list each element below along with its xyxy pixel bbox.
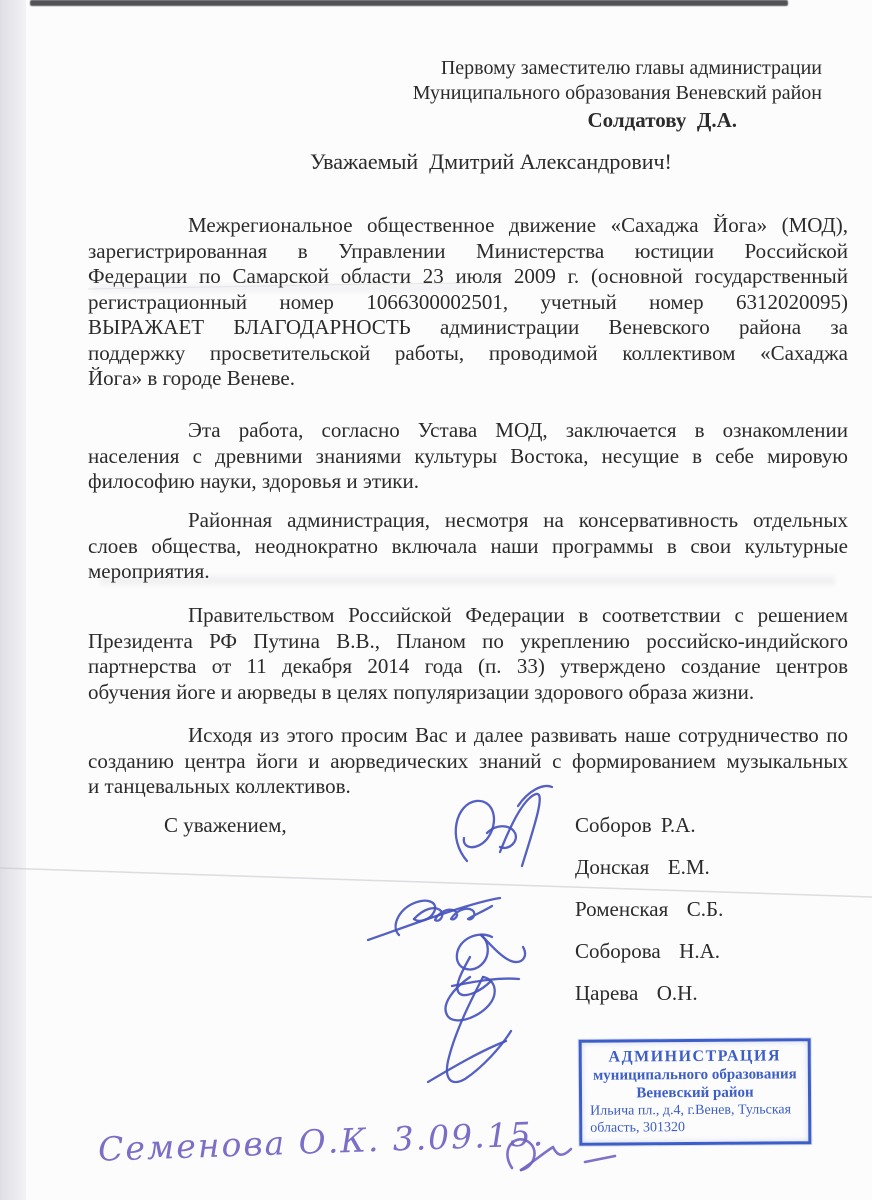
recipient-line: Муниципального образования Веневский рай… xyxy=(302,81,822,106)
body-line: ВЫРАЖАЕТ БЛАГОДАРНОСТЬ администрации Вен… xyxy=(88,315,848,341)
recipient-line: Первому заместителю главы администрации xyxy=(302,56,822,81)
body-line: населения с древними знаниями культуры В… xyxy=(88,444,848,470)
paragraph-5: Исходя из этого просим Вас и далее разви… xyxy=(88,723,848,800)
body-line: Эта работа, согласно Устава МОД, заключа… xyxy=(88,418,848,444)
body-line: Исходя из этого просим Вас и далее разви… xyxy=(88,723,848,749)
signature-stroke-tsareva xyxy=(428,977,511,1082)
recipient-name: Солдатову Д.А. xyxy=(302,108,737,133)
stamp-line: Веневский район xyxy=(590,1083,800,1102)
paragraph-1: Межрегиональное общественное движение «С… xyxy=(88,213,848,392)
paper-crease xyxy=(0,868,872,897)
paragraph-4: Правительством Российской Федерации в со… xyxy=(88,603,848,705)
signature-stroke-soborova xyxy=(452,935,525,995)
closing-phrase: С уважением, xyxy=(164,813,287,838)
body-line: слоев общества, неоднократно включала на… xyxy=(88,534,848,560)
salutation: Уважаемый Дмитрий Александрович! xyxy=(310,149,672,175)
scan-edge-left xyxy=(0,0,26,1200)
body-line: партнерства от 11 декабря 2014 года (п. … xyxy=(88,654,848,680)
signatory-name: Роменская С.Б. xyxy=(575,897,723,922)
recipient-block: Первому заместителю главы администрации … xyxy=(302,56,822,133)
body-line: зарегистрированная в Управлении Министер… xyxy=(88,239,848,265)
handwritten-note: Семенова О.К. 3.09.15. xyxy=(97,1114,545,1169)
stamp-line: АДМИНИСТРАЦИЯ xyxy=(590,1046,800,1066)
body-line: Правительством Российской Федерации в со… xyxy=(88,603,848,629)
signatory-name: Донская Е.М. xyxy=(575,855,710,880)
body-line: Районная администрация, несмотря на конс… xyxy=(88,508,848,534)
administration-stamp: АДМИНИСТРАЦИЯ муниципального образования… xyxy=(579,1038,812,1146)
paragraph-3: Районная администрация, несмотря на конс… xyxy=(88,508,848,585)
stamp-address-line: область, 301320 xyxy=(590,1118,800,1136)
paragraph-2: Эта работа, согласно Устава МОД, заключа… xyxy=(88,418,848,495)
scanned-letter-page: Первому заместителю главы администрации … xyxy=(0,0,872,1200)
signatory-name: Соборова Н.А. xyxy=(575,939,720,964)
body-line: мероприятия. xyxy=(88,559,848,585)
scan-edge-top xyxy=(30,0,788,6)
body-line: обучения йоге и аюрведы в целях популяри… xyxy=(88,680,848,706)
signatory-name: Соборов Р.А. xyxy=(575,813,696,838)
body-line: и танцевальных коллективов. xyxy=(88,774,848,800)
body-line: поддержку просветительской работы, прово… xyxy=(88,341,848,367)
body-line: Йога» в городе Веневе. xyxy=(88,366,848,392)
body-line: Президента РФ Путина В.В., Планом по укр… xyxy=(88,629,848,655)
body-line: регистрационный номер 1066300002501, уче… xyxy=(88,290,848,316)
body-line: Межрегиональное общественное движение «С… xyxy=(88,213,848,239)
body-line: созданию центра йоги и аюрведических зна… xyxy=(88,749,848,775)
body-line: Федерации по Самарской области 23 июля 2… xyxy=(88,264,848,290)
signatory-name: Царева О.Н. xyxy=(575,981,698,1006)
body-line: философию науки, здоровья и этики. xyxy=(88,469,848,495)
stamp-line: муниципального образования xyxy=(590,1065,800,1084)
stamp-address-line: Ильича пл., д.4, г.Венев, Тульская xyxy=(590,1101,800,1119)
signature-stroke-romenskaya xyxy=(368,898,500,940)
ink-and-crease-overlay xyxy=(0,0,872,1200)
